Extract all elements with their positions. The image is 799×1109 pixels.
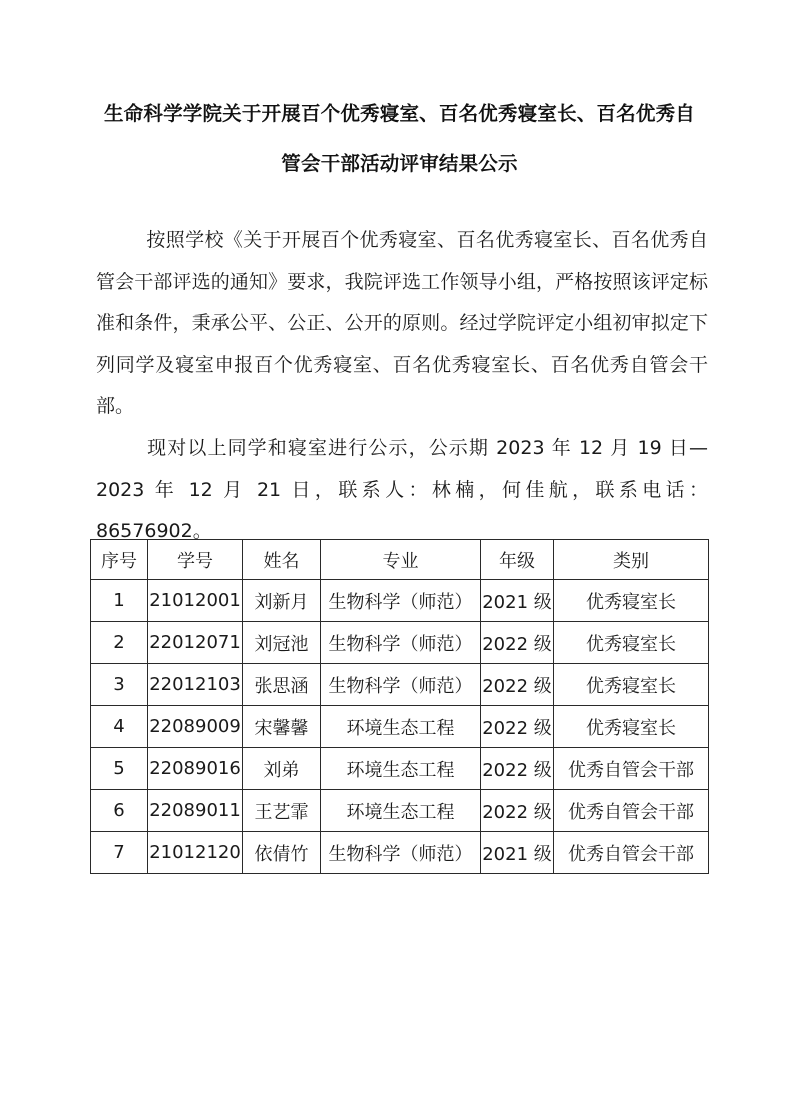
table-row: 2 22012071 刘冠池 生物科学（师范） 2022 级 优秀寝室长 [91,622,709,664]
cell-student-id: 22012071 [148,622,243,664]
cell-category: 优秀自管会干部 [554,832,709,874]
cell-index: 6 [91,790,148,832]
cell-student-id: 21012120 [148,832,243,874]
document-title-line-1: 生命科学学院关于开展百个优秀寝室、百名优秀寝室长、百名优秀自 [0,98,799,126]
cell-student-id: 22089011 [148,790,243,832]
cell-category: 优秀寝室长 [554,664,709,706]
cell-major: 生物科学（师范） [321,832,481,874]
cell-name: 张思涵 [243,664,321,706]
table-row: 6 22089011 王艺霏 环境生态工程 2022 级 优秀自管会干部 [91,790,709,832]
header-index: 序号 [91,540,148,580]
cell-grade: 2022 级 [481,748,554,790]
cell-category: 优秀寝室长 [554,622,709,664]
cell-category: 优秀自管会干部 [554,748,709,790]
cell-name: 刘弟 [243,748,321,790]
header-student-id: 学号 [148,540,243,580]
cell-category: 优秀寝室长 [554,706,709,748]
cell-name: 王艺霏 [243,790,321,832]
cell-index: 2 [91,622,148,664]
cell-student-id: 22012103 [148,664,243,706]
body-paragraph-1-text: 按照学校《关于开展百个优秀寝室、百名优秀寝室长、百名优秀自管会干部评选的通知》要… [96,229,708,417]
cell-grade: 2021 级 [481,832,554,874]
header-name: 姓名 [243,540,321,580]
cell-name: 刘冠池 [243,622,321,664]
table-row: 3 22012103 张思涵 生物科学（师范） 2022 级 优秀寝室长 [91,664,709,706]
cell-major: 生物科学（师范） [321,580,481,622]
table-row: 1 21012001 刘新月 生物科学（师范） 2021 级 优秀寝室长 [91,580,709,622]
cell-index: 5 [91,748,148,790]
document-title-line-2: 管会干部活动评审结果公示 [0,148,799,176]
body-paragraph-2-text: 现对以上同学和寝室进行公示，公示期 2023 年 12 月 19 日—2023 … [96,437,708,542]
cell-student-id: 22089016 [148,748,243,790]
cell-grade: 2022 级 [481,664,554,706]
cell-student-id: 21012001 [148,580,243,622]
cell-major: 生物科学（师范） [321,622,481,664]
cell-major: 环境生态工程 [321,748,481,790]
cell-grade: 2021 级 [481,580,554,622]
table-row: 7 21012120 依倩竹 生物科学（师范） 2021 级 优秀自管会干部 [91,832,709,874]
table-header-row: 序号 学号 姓名 专业 年级 类别 [91,540,709,580]
cell-major: 环境生态工程 [321,706,481,748]
table-row: 5 22089016 刘弟 环境生态工程 2022 级 优秀自管会干部 [91,748,709,790]
body-paragraph-2: 现对以上同学和寝室进行公示，公示期 2023 年 12 月 19 日—2023 … [96,428,708,553]
cell-category: 优秀自管会干部 [554,790,709,832]
cell-major: 生物科学（师范） [321,664,481,706]
cell-index: 4 [91,706,148,748]
header-grade: 年级 [481,540,554,580]
cell-name: 刘新月 [243,580,321,622]
cell-index: 1 [91,580,148,622]
cell-grade: 2022 级 [481,706,554,748]
cell-name: 宋馨馨 [243,706,321,748]
body-paragraph-1: 按照学校《关于开展百个优秀寝室、百名优秀寝室长、百名优秀自管会干部评选的通知》要… [96,220,708,428]
cell-grade: 2022 级 [481,622,554,664]
cell-index: 7 [91,832,148,874]
table-row: 4 22089009 宋馨馨 环境生态工程 2022 级 优秀寝室长 [91,706,709,748]
cell-student-id: 22089009 [148,706,243,748]
cell-major: 环境生态工程 [321,790,481,832]
header-category: 类别 [554,540,709,580]
cell-category: 优秀寝室长 [554,580,709,622]
cell-grade: 2022 级 [481,790,554,832]
cell-index: 3 [91,664,148,706]
cell-name: 依倩竹 [243,832,321,874]
header-major: 专业 [321,540,481,580]
results-table: 序号 学号 姓名 专业 年级 类别 1 21012001 刘新月 生物科学（师范… [90,539,709,874]
